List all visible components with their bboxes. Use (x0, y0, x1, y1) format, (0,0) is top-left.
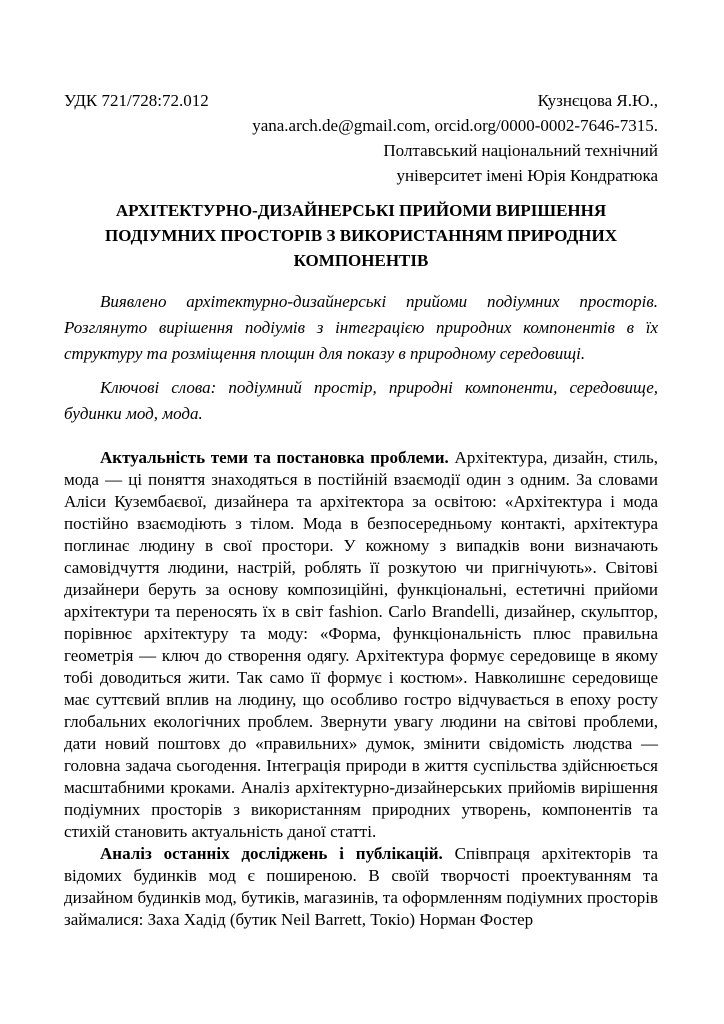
article-title: АРХІТЕКТУРНО-ДИЗАЙНЕРСЬКІ ПРИЙОМИ ВИРІШЕ… (64, 198, 658, 273)
affiliation-line-1: Полтавський національний технічний (64, 138, 658, 163)
document-header: УДК 721/728:72.012 Кузнєцова Я.Ю., (64, 88, 658, 113)
udc-code: УДК 721/728:72.012 (64, 88, 209, 113)
paragraph-analysis: Аналіз останніх досліджень і публікацій.… (64, 843, 658, 931)
author-contact: yana.arch.de@gmail.com, orcid.org/0000-0… (64, 113, 658, 138)
document-page: УДК 721/728:72.012 Кузнєцова Я.Ю., yana.… (0, 0, 724, 1024)
paragraph-analysis-heading: Аналіз останніх досліджень і публікацій. (100, 844, 443, 863)
paragraph-relevance: Актуальність теми та постановка проблеми… (64, 447, 658, 843)
paragraph-relevance-body: Архітектура, дизайн, стиль, мода — ці по… (64, 448, 658, 841)
abstract-text: Виявлено архітектурно-дизайнерські прийо… (64, 289, 658, 367)
affiliation-line-2: університет імені Юрія Кондратюка (64, 163, 658, 188)
author-name: Кузнєцова Я.Ю., (538, 88, 658, 113)
paragraph-relevance-heading: Актуальність теми та постановка проблеми… (100, 448, 449, 467)
keywords-text: Ключові слова: подіумний простір, природ… (64, 375, 658, 427)
